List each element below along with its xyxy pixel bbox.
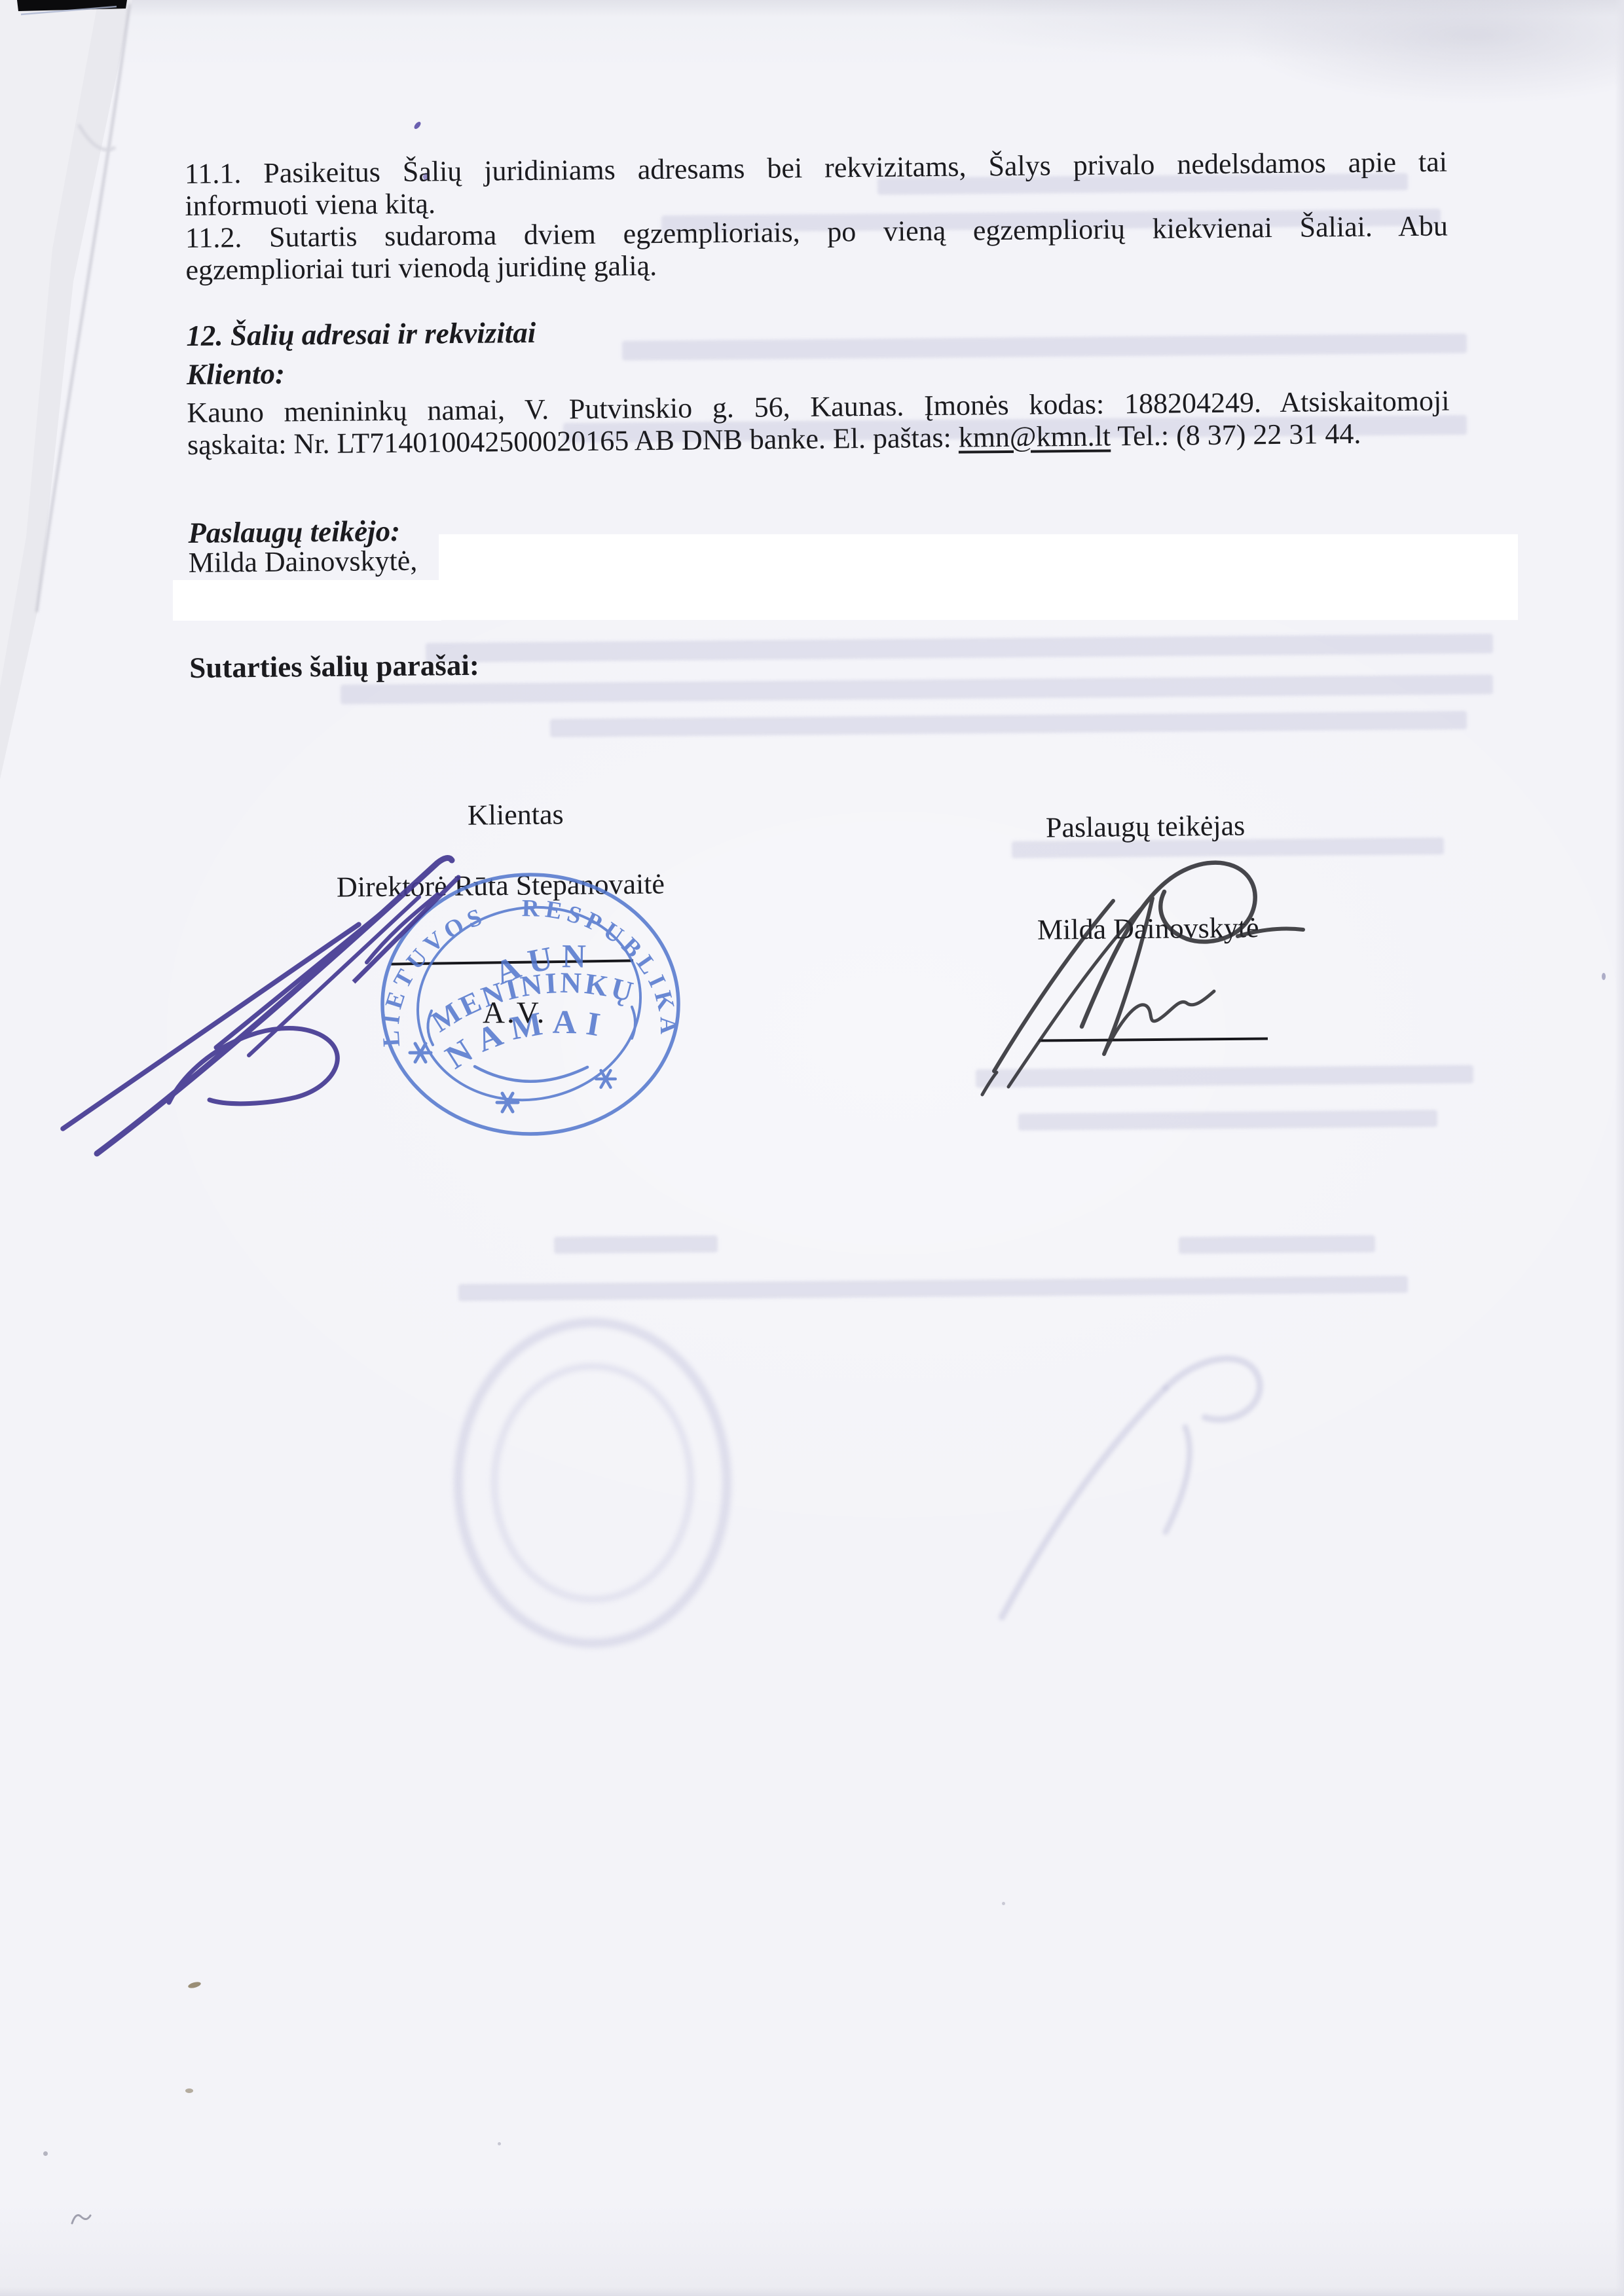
- provider-handwritten-signature: [0, 0, 1375, 1146]
- scanned-contract-page: 11.1. Pasikeitus Šalių juridiniams adres…: [0, 0, 1624, 2296]
